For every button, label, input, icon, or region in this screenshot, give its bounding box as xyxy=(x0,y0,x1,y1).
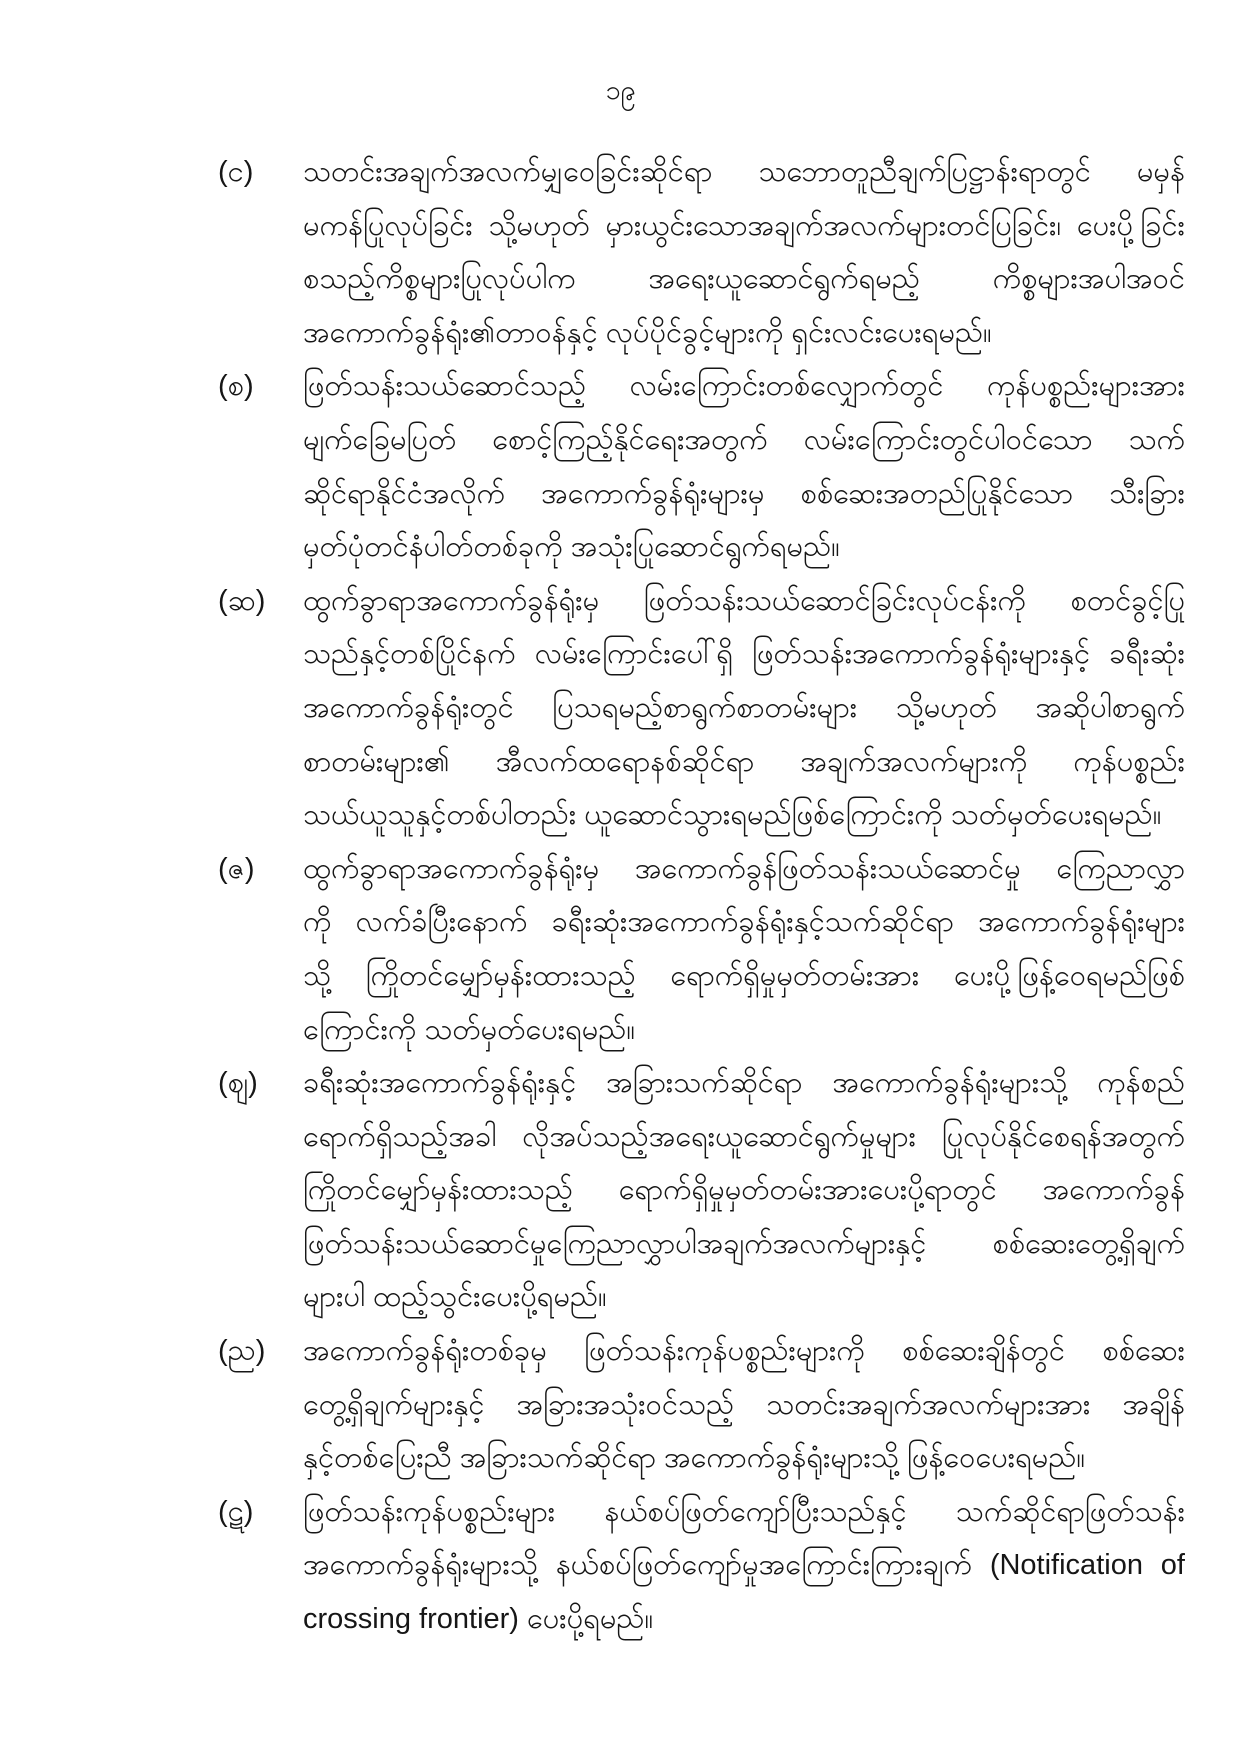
list-item-body: အကောက်ခွန်ရုံးတစ်ခုမှ ဖြတ်သန်းကုန်ပစ္စည်… xyxy=(303,1325,1185,1486)
list-item-body: ထွက်ခွာရာအကောက်ခွန်ရုံးမှ အကောက်ခွန်ဖြတ်… xyxy=(303,843,1185,1057)
text-line: မှတ်ပုံတင်နံပါတ်တစ်ခုကို အသုံးပြုဆောင်ရွ… xyxy=(303,521,1185,575)
text-line: ကြိုတင်မျှော်မှန်းထားသည့် ရောက်ရှိမှုမှတ… xyxy=(303,1164,1185,1218)
text-line: အကောက်ခွန်ရုံး၏တာဝန်နှင့် လုပ်ပိုင်ခွင့်… xyxy=(303,307,1185,361)
text-line: ထွက်ခွာရာအကောက်ခွန်ရုံးမှ အကောက်ခွန်ဖြတ်… xyxy=(303,843,1185,897)
text-line: သတင်းအချက်အလက်မျှဝေခြင်းဆိုင်ရာ သဘောတူညီ… xyxy=(303,146,1185,200)
list-item: (င) သတင်းအချက်အလက်မျှဝေခြင်းဆိုင်ရာ သဘော… xyxy=(218,146,1185,360)
text-line: အကောက်ခွန်ရုံးများသို့ နယ်စပ်ဖြတ်ကျော်မှ… xyxy=(303,1539,1185,1593)
text-line: မျက်ခြေမပြတ် စောင့်ကြည့်နိုင်ရေးအတွက် လမ… xyxy=(303,414,1185,468)
list-item-label: (ဆ) xyxy=(218,575,303,629)
text-line: သည်နှင့်တစ်ပြိုင်နက် လမ်းကြောင်းပေါ်ရှိ … xyxy=(303,628,1185,682)
list-item: (ဇ) ထွက်ခွာရာအကောက်ခွန်ရုံးမှ အကောက်ခွန်… xyxy=(218,843,1185,1057)
text-line: အကောက်ခွန်ရုံးတွင် ပြသရမည့်စာရွက်စာတမ်းမ… xyxy=(303,682,1185,736)
text-line: ရောက်ရှိသည့်အခါ လိုအပ်သည့်အရေးယူဆောင်ရွက… xyxy=(303,1111,1185,1165)
text-line: စာတမ်းများ၏ အီလက်ထရောနစ်ဆိုင်ရာ အချက်အလက… xyxy=(303,736,1185,790)
list-item-label: (ဈ) xyxy=(218,1057,303,1111)
text-line: မကန်ပြုလုပ်ခြင်း သို့မဟုတ် မှားယွင်းသောအ… xyxy=(303,200,1185,254)
list-item: (စ) ဖြတ်သန်းသယ်ဆောင်သည့် လမ်းကြောင်းတစ်လ… xyxy=(218,360,1185,574)
text-line: သယ်ယူသူနှင့်တစ်ပါတည်း ယူဆောင်သွားရမည်ဖြစ… xyxy=(303,789,1185,843)
text-line: ကြောင်းကို သတ်မှတ်ပေးရမည်။ xyxy=(303,1004,1185,1058)
list-item-body: သတင်းအချက်အလက်မျှဝေခြင်းဆိုင်ရာ သဘောတူညီ… xyxy=(303,146,1185,360)
list-item-label: (စ) xyxy=(218,360,303,414)
text-line: အကောက်ခွန်ရုံးတစ်ခုမှ ဖြတ်သန်းကုန်ပစ္စည်… xyxy=(303,1325,1185,1379)
list-item-label: (ည) xyxy=(218,1325,303,1379)
page-number: ၁၉ xyxy=(0,70,1241,110)
text-line: ဖြတ်သန်းသယ်ဆောင်သည့် လမ်းကြောင်းတစ်လျှော… xyxy=(303,360,1185,414)
text-line: ဆိုင်ရာနိုင်ငံအလိုက် အကောက်ခွန်ရုံးများမ… xyxy=(303,468,1185,522)
list-item: (ဈ) ခရီးဆုံးအကောက်ခွန်ရုံးနှင့် အခြားသက်… xyxy=(218,1057,1185,1325)
list-item-body: ဖြတ်သန်းသယ်ဆောင်သည့် လမ်းကြောင်းတစ်လျှော… xyxy=(303,360,1185,574)
list-item: (ဆ) ထွက်ခွာရာအကောက်ခွန်ရုံးမှ ဖြတ်သန်းသယ… xyxy=(218,575,1185,843)
text-line: စသည့်ကိစ္စများပြုလုပ်ပါက အရေးယူဆောင်ရွက်… xyxy=(303,253,1185,307)
list-item: (ဋ) ဖြတ်သန်းကုန်ပစ္စည်းများ နယ်စပ်ဖြတ်ကျ… xyxy=(218,1486,1185,1647)
text-line: ခရီးဆုံးအကောက်ခွန်ရုံးနှင့် အခြားသက်ဆိုင… xyxy=(303,1057,1185,1111)
text-line: တွေ့ရှိချက်များနှင့် အခြားအသုံးဝင်သည့် သ… xyxy=(303,1379,1185,1433)
ordered-list: (င) သတင်းအချက်အလက်မျှဝေခြင်းဆိုင်ရာ သဘော… xyxy=(218,146,1185,1647)
list-item-label: (င) xyxy=(218,146,303,200)
text-line: များပါ ထည့်သွင်းပေးပို့ရမည်။ xyxy=(303,1271,1185,1325)
list-item-label: (ဋ) xyxy=(218,1486,303,1540)
list-item: (ည) အကောက်ခွန်ရုံးတစ်ခုမှ ဖြတ်သန်းကုန်ပစ… xyxy=(218,1325,1185,1486)
text-line: နှင့်တစ်ပြေးညီ အခြားသက်ဆိုင်ရာ အကောက်ခွန… xyxy=(303,1432,1185,1486)
text-line: ဖြတ်သန်းကုန်ပစ္စည်းများ နယ်စပ်ဖြတ်ကျော်ပ… xyxy=(303,1486,1185,1540)
text-line: crossing frontier) ပေးပို့ရမည်။ xyxy=(303,1593,1185,1647)
list-item-body: ခရီးဆုံးအကောက်ခွန်ရုံးနှင့် အခြားသက်ဆိုင… xyxy=(303,1057,1185,1325)
text-line: ထွက်ခွာရာအကောက်ခွန်ရုံးမှ ဖြတ်သန်းသယ်ဆော… xyxy=(303,575,1185,629)
text-line: ဖြတ်သန်းသယ်ဆောင်မှုကြေညာလွှာပါအချက်အလက်မ… xyxy=(303,1218,1185,1272)
list-item-body: ဖြတ်သန်းကုန်ပစ္စည်းများ နယ်စပ်ဖြတ်ကျော်ပ… xyxy=(303,1486,1185,1647)
list-item-label: (ဇ) xyxy=(218,843,303,897)
document-page: { "page": { "number": "၁၉", "background"… xyxy=(0,0,1241,1755)
text-line: ကို လက်ခံပြီးနောက် ခရီးဆုံးအကောက်ခွန်ရုံ… xyxy=(303,896,1185,950)
text-line: သို့ ကြိုတင်မျှော်မှန်းထားသည့် ရောက်ရှိမ… xyxy=(303,950,1185,1004)
list-item-body: ထွက်ခွာရာအကောက်ခွန်ရုံးမှ ဖြတ်သန်းသယ်ဆော… xyxy=(303,575,1185,843)
